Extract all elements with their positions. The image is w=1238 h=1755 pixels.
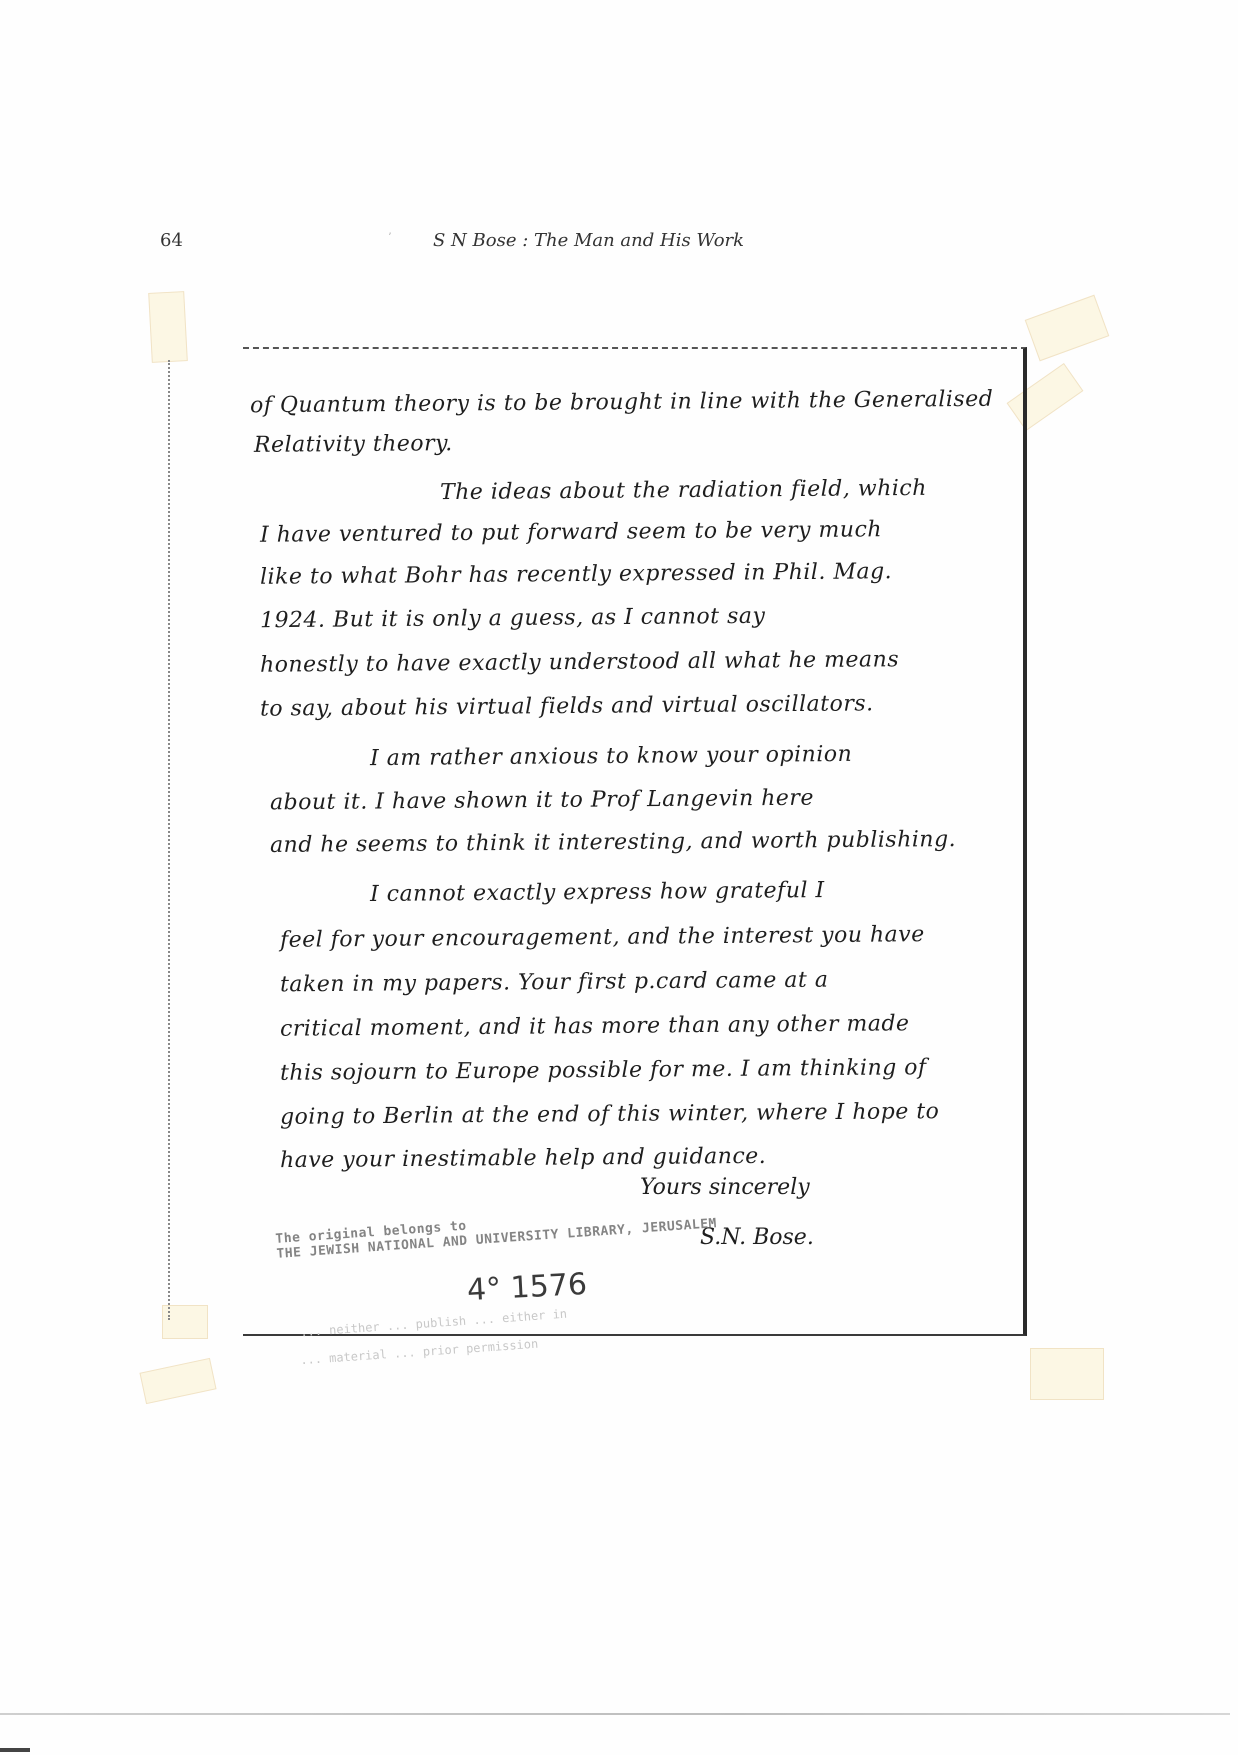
- scan-corner-shadow: [0, 1748, 30, 1752]
- letter-line: Relativity theory.: [254, 431, 453, 458]
- page-number: 64: [160, 230, 183, 251]
- letter-line: 1924. But it is only a guess, as I canno…: [260, 604, 766, 633]
- tape-top-left: [148, 291, 188, 363]
- running-title: S N Bose : The Man and His Work: [433, 230, 744, 251]
- letter-line: about it. I have shown it to Prof Langev…: [270, 786, 814, 816]
- catalog-number: 4° 1576: [466, 1267, 588, 1308]
- letter-line: I cannot exactly express how grateful I: [370, 878, 825, 907]
- scan-speck: ʼ: [388, 232, 391, 243]
- scan-bottom-edge: [0, 1713, 1230, 1715]
- letter-signature: S.N. Bose.: [700, 1225, 814, 1250]
- letter-line: I am rather anxious to know your opinion: [370, 742, 852, 771]
- stamp-faint-line: ... material ... prior permission: [300, 1337, 539, 1368]
- tape-top-right: [1025, 295, 1110, 362]
- letter-line: have your inestimable help and guidance.: [280, 1144, 766, 1173]
- page-header: 64 ʼ S N Bose : The Man and His Work: [160, 230, 800, 260]
- letter-closing: Yours sincerely: [640, 1175, 810, 1200]
- letter-line: The ideas about the radiation field, whi…: [440, 476, 927, 505]
- tape-bottom-left-2: [139, 1358, 216, 1404]
- tape-bottom-right: [1030, 1348, 1104, 1400]
- letter-line: to say, about his virtual fields and vir…: [260, 691, 874, 721]
- letter-line: taken in my papers. Your first p.card ca…: [280, 968, 829, 998]
- scan-edge-marks: [168, 360, 190, 1320]
